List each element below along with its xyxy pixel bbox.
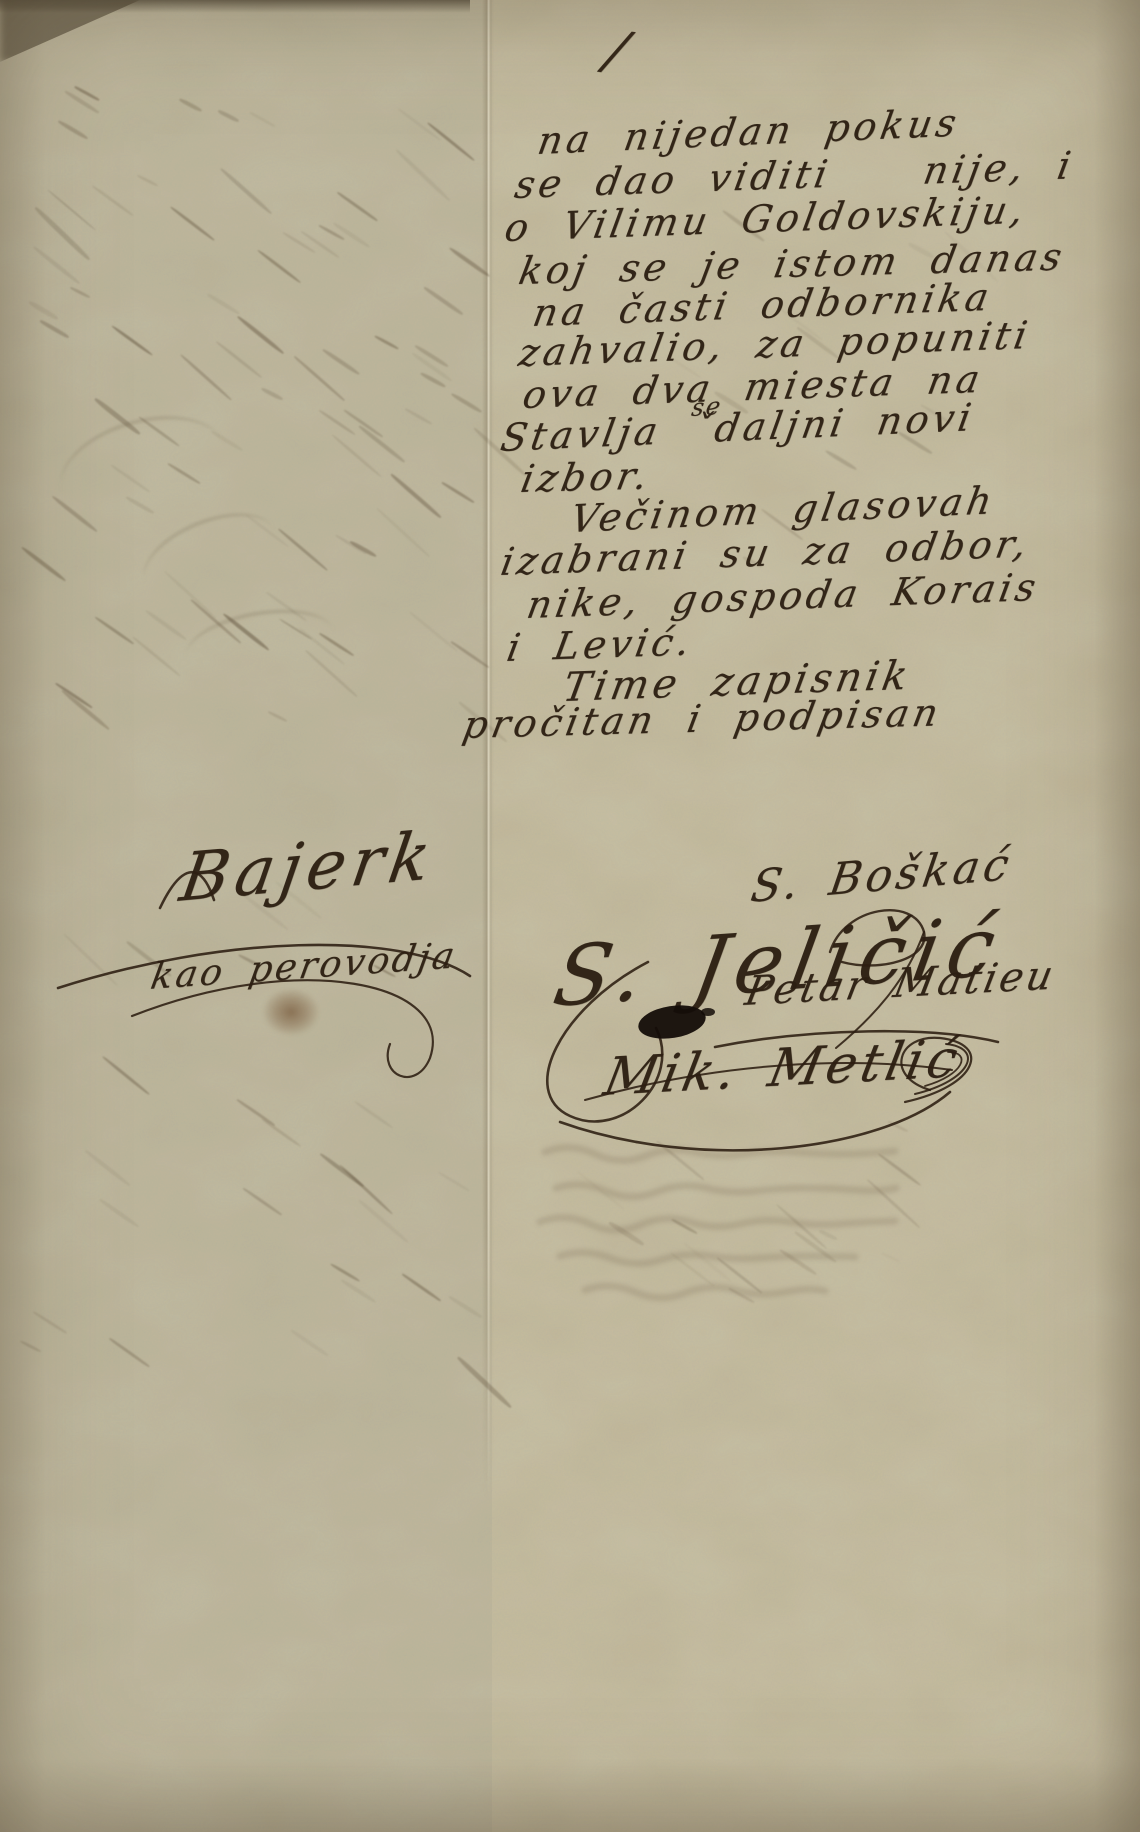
manuscript-line-15: pročitan i podpisan xyxy=(460,693,945,744)
left-page-tint xyxy=(0,0,492,1832)
inserted-word: se xyxy=(690,394,724,420)
manuscript-page: na nijedan pokusse dao viditi nije, io V… xyxy=(0,0,1140,1832)
fold-crease xyxy=(482,0,494,1500)
ink-stain xyxy=(262,988,320,1036)
signature-metlic: Mik. Metlić xyxy=(600,1033,965,1104)
pen-mark: / xyxy=(600,24,633,79)
manuscript-line-9: izbor. xyxy=(518,456,654,498)
